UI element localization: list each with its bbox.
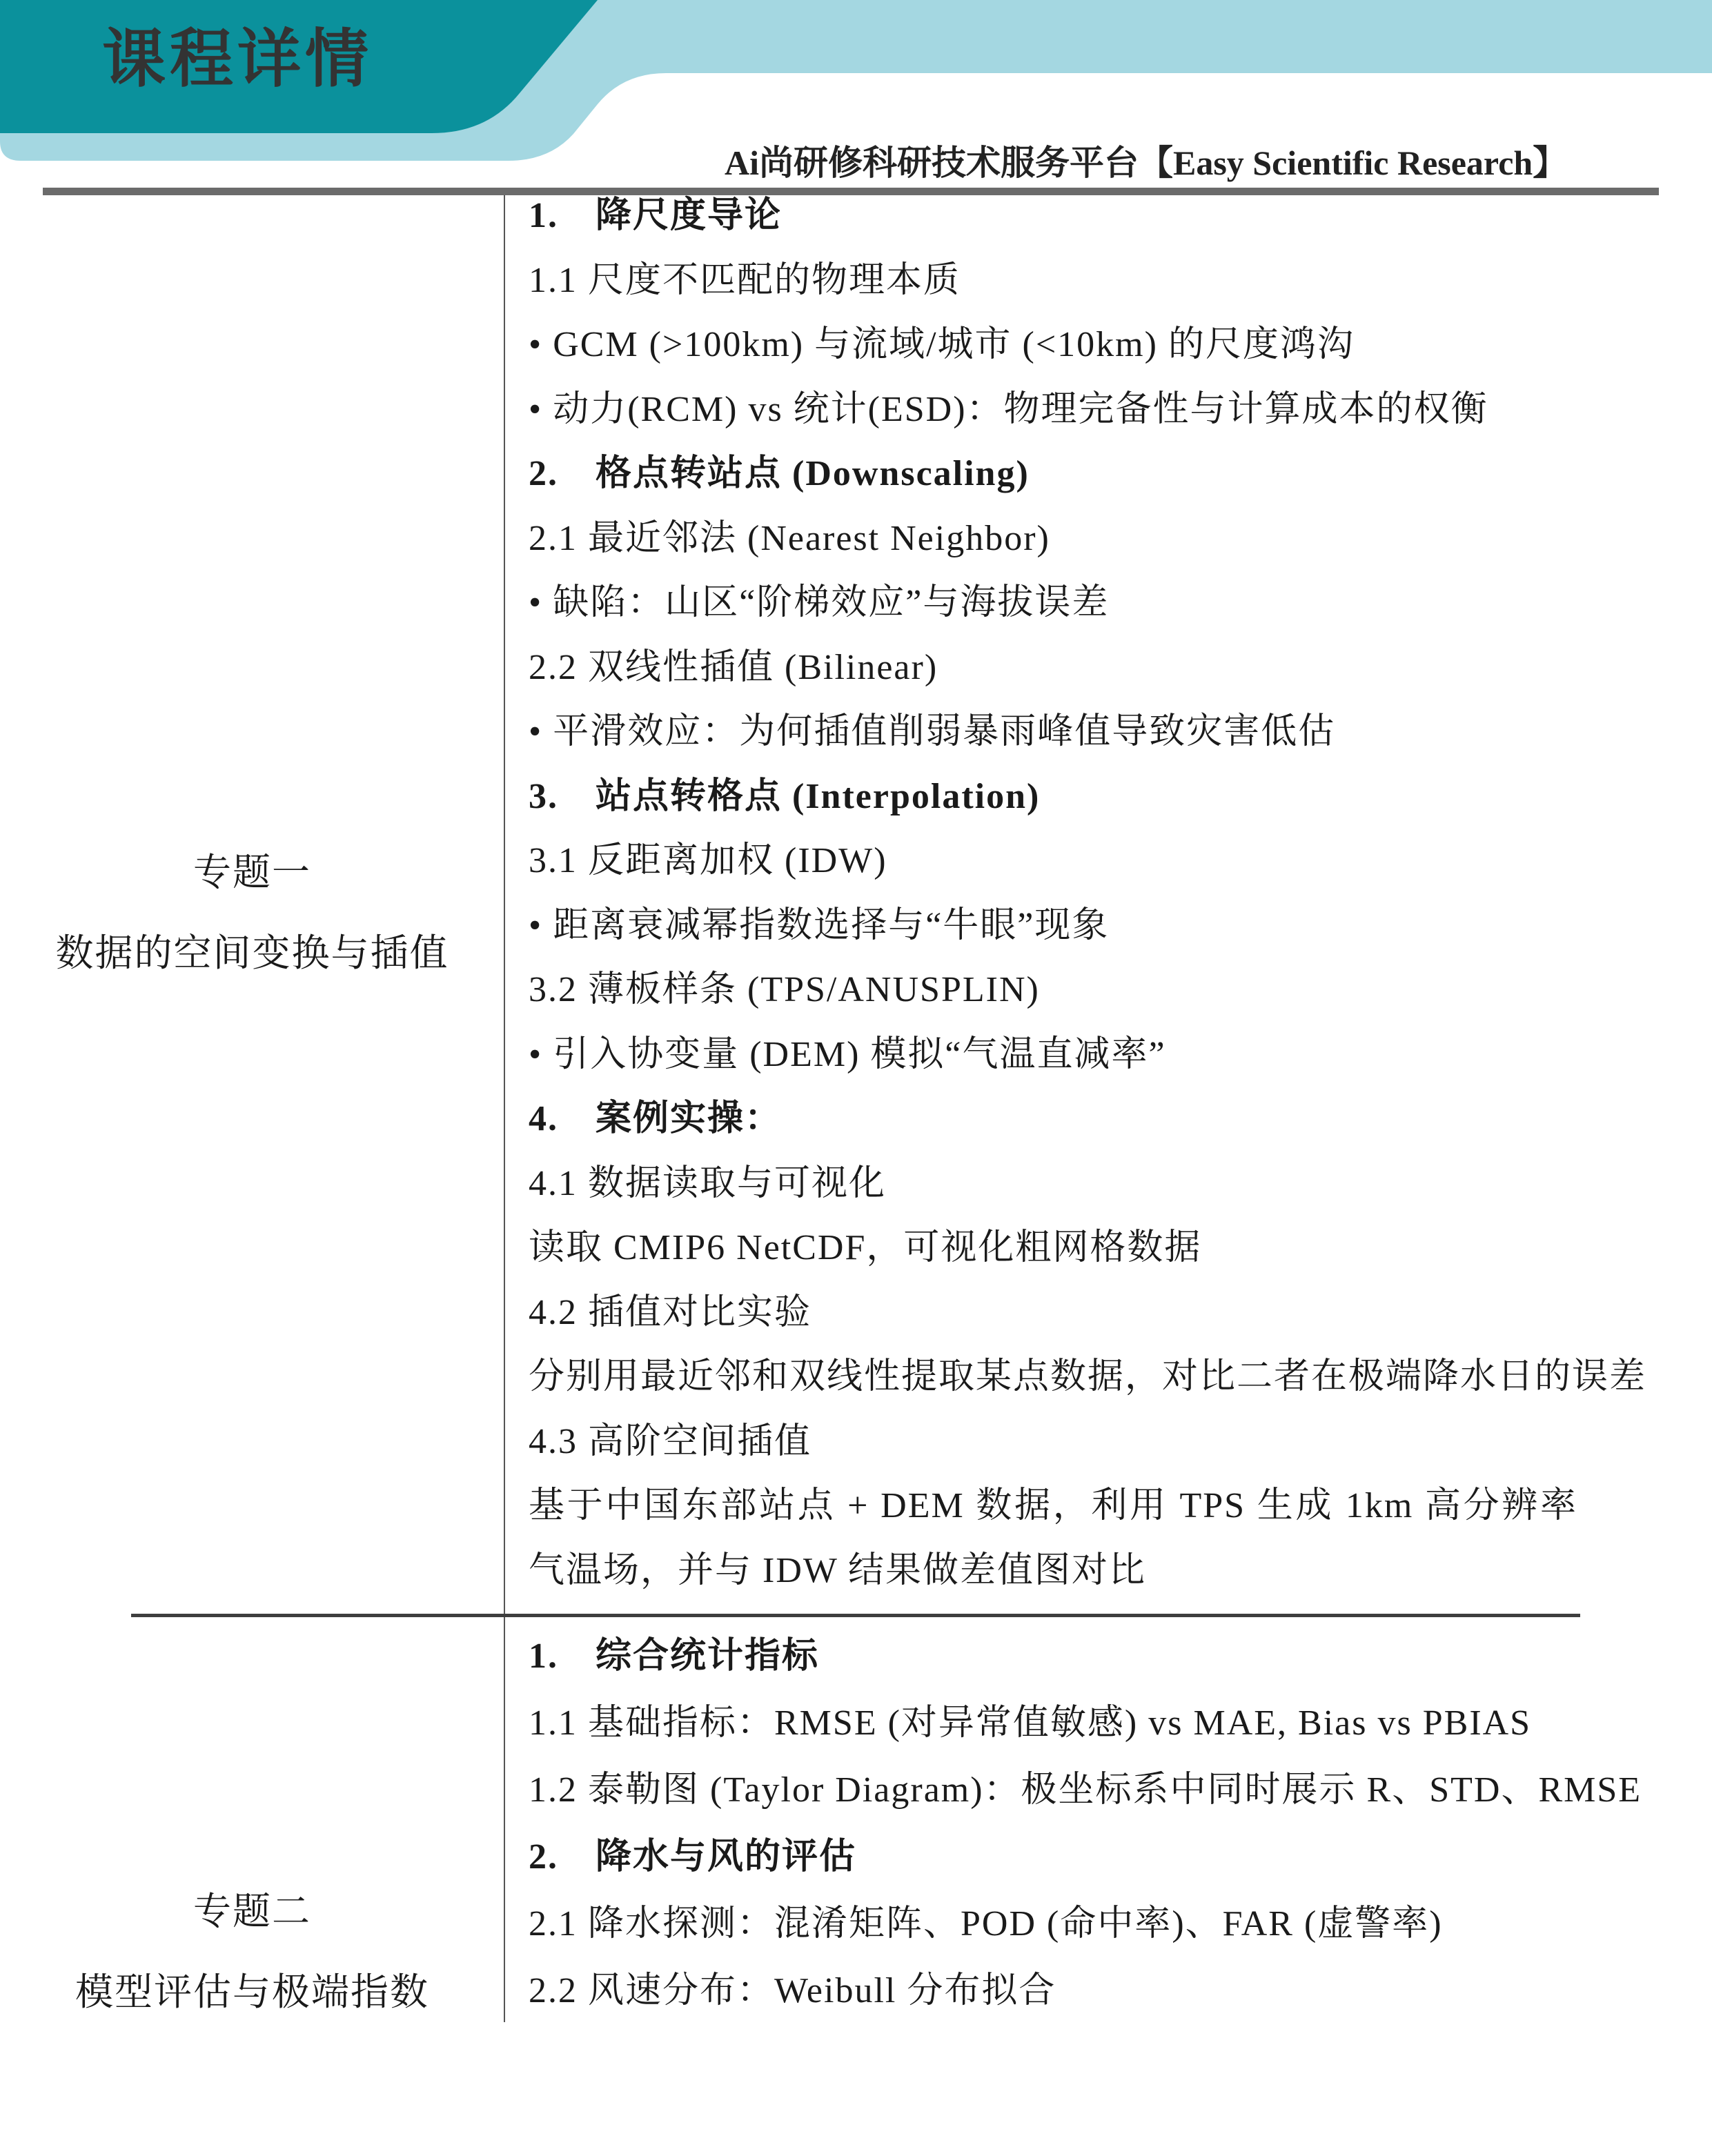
page-title: 课程详情 — [102, 28, 373, 91]
outline-item: 4.2 插值对比实验 — [529, 1280, 1577, 1345]
platform-header: Ai尚研修科研技术服务平台【Easy Scientific Research】 — [725, 142, 1567, 184]
topic-2-label: 专题二 模型评估与极端指数 — [0, 1871, 504, 2033]
outline-item: 分别用最近邻和双线性提取某点数据，对比二者在极端降水日的误差 — [529, 1345, 1577, 1410]
outline-heading: 1. 降尺度导论 — [529, 184, 1577, 248]
topic-2-title: 专题二 — [0, 1871, 504, 1952]
outline-heading: 2. 格点转站点 (Downscaling) — [529, 442, 1577, 506]
outline-item: 2.2 双线性插值 (Bilinear) — [529, 635, 1577, 700]
outline-item: • 缺陷：山区“阶梯效应”与海拔误差 — [529, 571, 1577, 635]
outline-item: • 距离衰减幂指数选择与“牛眼”现象 — [529, 893, 1577, 958]
outline-heading: 3. 站点转格点 (Interpolation) — [529, 764, 1577, 829]
topic-2-subtitle: 模型评估与极端指数 — [0, 1952, 504, 2033]
outline-item: 2.1 降水探测：混淆矩阵、POD (命中率)、FAR (虚警率) — [529, 1890, 1577, 1957]
outline-item: 1.1 尺度不匹配的物理本质 — [529, 248, 1577, 313]
outline-item: • 动力(RCM) vs 统计(ESD)：物理完备性与计算成本的权衡 — [529, 377, 1577, 442]
outline-heading: 2. 降水与风的评估 — [529, 1823, 1577, 1890]
outline-item: 1.1 基础指标：RMSE (对异常值敏感) vs MAE, Bias vs P… — [529, 1690, 1577, 1757]
course-detail-page: 课程详情 Ai尚研修科研技术服务平台【Easy Scientific Resea… — [0, 0, 1712, 2156]
topic-1-label: 专题一 数据的空间变换与插值 — [0, 832, 504, 993]
outline-item: 4.3 高阶空间插值 — [529, 1410, 1577, 1474]
outline-item: 2.2 风速分布：Weibull 分布拟合 — [529, 1957, 1577, 2024]
outline-heading: 4. 案例实操： — [529, 1087, 1577, 1151]
outline-heading: 1. 综合统计指标 — [529, 1623, 1577, 1690]
outline-item: 2.1 最近邻法 (Nearest Neighbor) — [529, 506, 1577, 571]
topic-1-outline: 1. 降尺度导论 1.1 尺度不匹配的物理本质 • GCM (>100km) 与… — [529, 184, 1577, 1603]
topic-1-title: 专题一 — [0, 832, 504, 913]
outline-item: 3.2 薄板样条 (TPS/ANUSPLIN) — [529, 958, 1577, 1022]
outline-item: 读取 CMIP6 NetCDF，可视化粗网格数据 — [529, 1216, 1577, 1280]
table-row-divider — [131, 1614, 1580, 1617]
topic-2-outline: 1. 综合统计指标 1.1 基础指标：RMSE (对异常值敏感) vs MAE,… — [529, 1623, 1577, 2024]
outline-item: 3.1 反距离加权 (IDW) — [529, 829, 1577, 893]
outline-item: • GCM (>100km) 与流域/城市 (<10km) 的尺度鸿沟 — [529, 313, 1577, 377]
outline-item: 1.2 泰勒图 (Taylor Diagram)：极坐标系中同时展示 R、STD… — [529, 1757, 1577, 1823]
outline-item: 4.1 数据读取与可视化 — [529, 1151, 1577, 1216]
topic-1-subtitle: 数据的空间变换与插值 — [0, 913, 504, 993]
table-column-divider — [504, 195, 505, 2022]
outline-item: • 平滑效应：为何插值削弱暴雨峰值导致灾害低估 — [529, 700, 1577, 764]
outline-item: • 引入协变量 (DEM) 模拟“气温直减率” — [529, 1022, 1577, 1087]
outline-item: 基于中国东部站点 + DEM 数据，利用 TPS 生成 1km 高分辨率气温场，… — [529, 1474, 1577, 1603]
